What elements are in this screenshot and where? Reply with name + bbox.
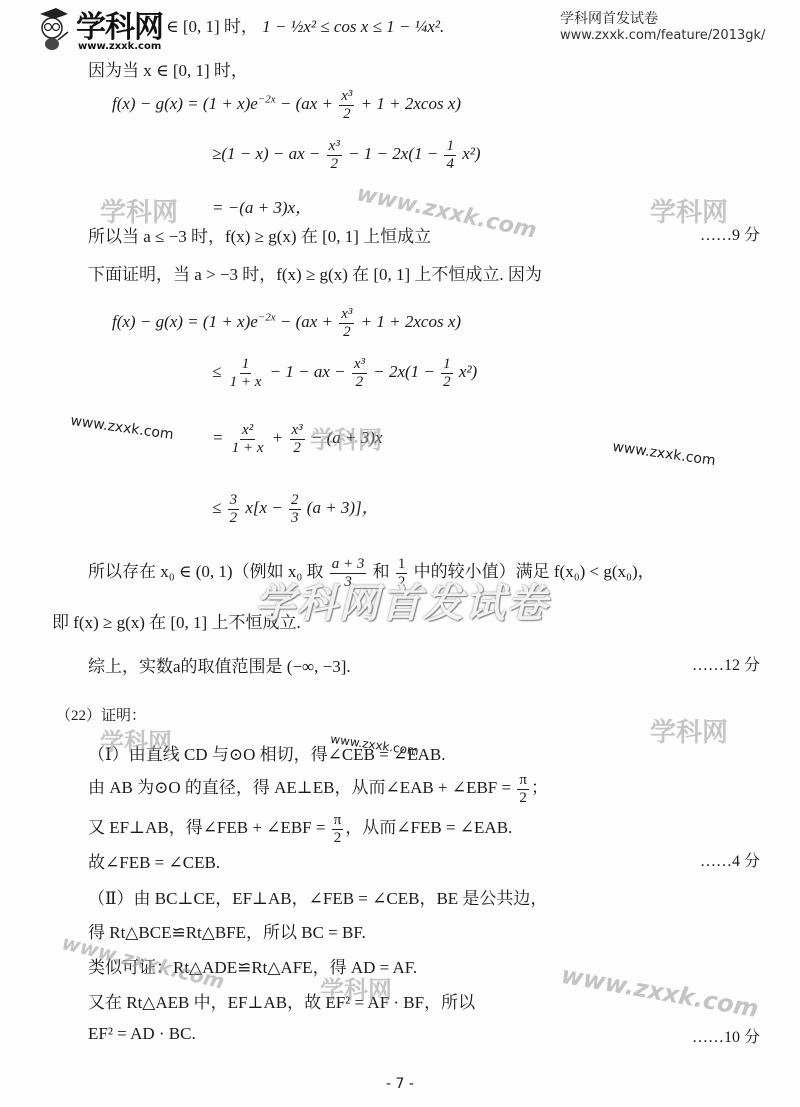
summary-line: 综上，实数a的取值范围是 (−∞, −3]. xyxy=(88,652,351,677)
header-title: 学科网首发试卷 xyxy=(560,8,658,28)
numerator: x³ xyxy=(339,88,354,106)
fraction: x³2 xyxy=(327,138,342,172)
watermark-url: www.zxxk.com xyxy=(69,413,174,443)
watermark-url: www.zxxk.com xyxy=(611,439,716,469)
math: x[x − xyxy=(241,498,287,517)
denominator: 2 xyxy=(517,790,529,807)
numerator: 3 xyxy=(228,492,240,510)
q22-line-5: （Ⅱ）由 BC⊥CE，EF⊥AB，∠FEB = ∠CEB，BE 是公共边， xyxy=(88,884,547,909)
watermark-big: 学科网首发试卷 xyxy=(255,572,549,629)
math: − 1 − 2x(1 − xyxy=(344,144,443,163)
numerator: 1 xyxy=(396,556,408,574)
denominator: 2 xyxy=(291,440,303,457)
denominator: 2 xyxy=(354,374,366,391)
page-number: - 7 - xyxy=(386,1076,414,1092)
score-10: ……10 分 xyxy=(692,1024,760,1047)
math: (a + 3)]， xyxy=(303,498,379,517)
fraction: x³2 xyxy=(339,306,354,340)
equation-1: f(x) − g(x) = (1 + x)e−2x − (ax + x³2 + … xyxy=(112,88,461,122)
fraction: x³2 xyxy=(290,422,305,456)
text: 由 AB 为⊙O 的直径，得 AE⊥EB，从而∠EAB + ∠EBF = xyxy=(88,778,515,797)
watermark-brand: 学科网 xyxy=(650,712,728,749)
denominator: 3 xyxy=(289,510,301,527)
fraction: 23 xyxy=(289,492,301,526)
equation-5: ≤ 11 + x − 1 − ax − x³2 − 2x(1 − 12 x²) xyxy=(212,356,477,390)
fraction: 12 xyxy=(441,356,453,390)
numerator: x³ xyxy=(327,138,342,156)
q22-line-8: 又在 Rt△AEB 中，EF⊥AB，故 EF² = AF · BF，所以 xyxy=(88,988,475,1013)
text: ，从而∠FEB = ∠EAB. xyxy=(345,818,512,837)
watermark-brand: 学科网 xyxy=(320,970,392,1005)
math: x²) xyxy=(458,144,481,163)
math: ≤ xyxy=(212,498,226,517)
denominator: 2 xyxy=(329,156,341,173)
numerator: 1 xyxy=(240,356,252,374)
q22-line-9: EF² = AD · BC. xyxy=(88,1024,196,1044)
math: ≥(1 − x) − ax − xyxy=(212,144,325,163)
text: 又 EF⊥AB，得∠FEB + ∠EBF = xyxy=(88,818,330,837)
math: = xyxy=(212,428,228,447)
numerator: x³ xyxy=(290,422,305,440)
zxxk-logo: 学科网 www.zxxk.com xyxy=(36,4,164,56)
numerator: x³ xyxy=(352,356,367,374)
math: + 1 + 2xcos x) xyxy=(356,312,461,331)
watermark-brand: 学科网 xyxy=(310,420,382,455)
math: f(x) − g(x) = (1 + x)e xyxy=(112,94,258,113)
text: ∈ [0, 1] 时， xyxy=(166,17,258,36)
math: − 1 − ax − xyxy=(265,362,349,381)
fraction: 32 xyxy=(228,492,240,526)
math: f(x) − g(x) = (1 + x)e xyxy=(112,312,258,331)
numerator: 2 xyxy=(289,492,301,510)
watermark-brand: 学科网 xyxy=(650,192,728,229)
equation-2: ≥(1 − x) − ax − x³2 − 1 − 2x(1 − 14 x²) xyxy=(212,138,481,172)
denominator: 2 xyxy=(332,830,344,847)
watermark-brand: 学科网 xyxy=(100,722,172,757)
fraction: x³2 xyxy=(352,356,367,390)
math: − 2x(1 − xyxy=(369,362,439,381)
fraction: π2 xyxy=(517,772,529,806)
math: − (ax + xyxy=(276,94,338,113)
numerator: x³ xyxy=(339,306,354,324)
denominator: 2 xyxy=(441,374,453,391)
q22-line-6: 得 Rt△BCE≌Rt△BFE，所以 BC = BF. xyxy=(88,918,366,943)
exponent: −2x xyxy=(258,93,276,105)
numerator: 1 xyxy=(444,138,456,156)
watermark-url: www.zxxk.com xyxy=(559,961,761,1023)
math: x²) xyxy=(455,362,478,381)
numerator: π xyxy=(517,772,529,790)
fraction: x³2 xyxy=(339,88,354,122)
fraction: 14 xyxy=(444,138,456,172)
q22-line-2: 由 AB 为⊙O 的直径，得 AE⊥EB，从而∠EAB + ∠EBF = π2； xyxy=(88,772,548,806)
score-4: ……4 分 xyxy=(700,848,760,871)
equation-3: = −(a + 3)x， xyxy=(212,193,312,218)
text: ； xyxy=(531,778,548,797)
equation-4: f(x) − g(x) = (1 + x)e−2x − (ax + x³2 + … xyxy=(112,306,461,340)
denominator: 2 xyxy=(341,324,353,341)
math: − (ax + xyxy=(276,312,338,331)
header-url: www.zxxk.com/feature/2013gk/ xyxy=(560,28,765,43)
math: + xyxy=(268,428,288,447)
inequality-line: ∈ [0, 1] 时， 1 − ½x² ≤ cos x ≤ 1 − ¼x². xyxy=(166,12,444,37)
score-12: ……12 分 xyxy=(692,652,760,675)
q22-line-3: 又 EF⊥AB，得∠FEB + ∠EBF = π2，从而∠FEB = ∠EAB. xyxy=(88,812,512,846)
fraction: x²1 + x xyxy=(230,422,266,456)
math: + 1 + 2xcos x) xyxy=(356,94,461,113)
equation-7: ≤ 32 x[x − 23 (a + 3)]， xyxy=(212,492,379,526)
fraction: 11 + x xyxy=(228,356,264,390)
proof-intro: 下面证明，当 a > −3 时，f(x) ≥ g(x) 在 [0, 1] 上不恒… xyxy=(88,260,542,285)
mascot-icon xyxy=(36,6,70,52)
watermark-brand: 学科网 xyxy=(100,192,178,229)
numerator: π xyxy=(332,812,344,830)
text-line: 因为当 x ∈ [0, 1] 时， xyxy=(88,56,248,81)
denominator: 2 xyxy=(228,510,240,527)
numerator: x² xyxy=(240,422,255,440)
math: ≤ xyxy=(212,362,226,381)
numerator: a + 3 xyxy=(330,556,367,574)
denominator: 4 xyxy=(444,156,456,173)
denominator: 1 + x xyxy=(230,440,266,457)
fraction: π2 xyxy=(332,812,344,846)
exponent: −2x xyxy=(258,311,276,323)
logo-brand: 学科网 xyxy=(76,2,163,46)
q22-line-4: 故∠FEB = ∠CEB. xyxy=(88,848,220,873)
denominator: 2 xyxy=(341,106,353,123)
numerator: 1 xyxy=(441,356,453,374)
denominator: 1 + x xyxy=(228,374,264,391)
logo-url: www.zxxk.com xyxy=(78,41,161,52)
math: 1 − ½x² ≤ cos x ≤ 1 − ¼x². xyxy=(262,17,444,36)
